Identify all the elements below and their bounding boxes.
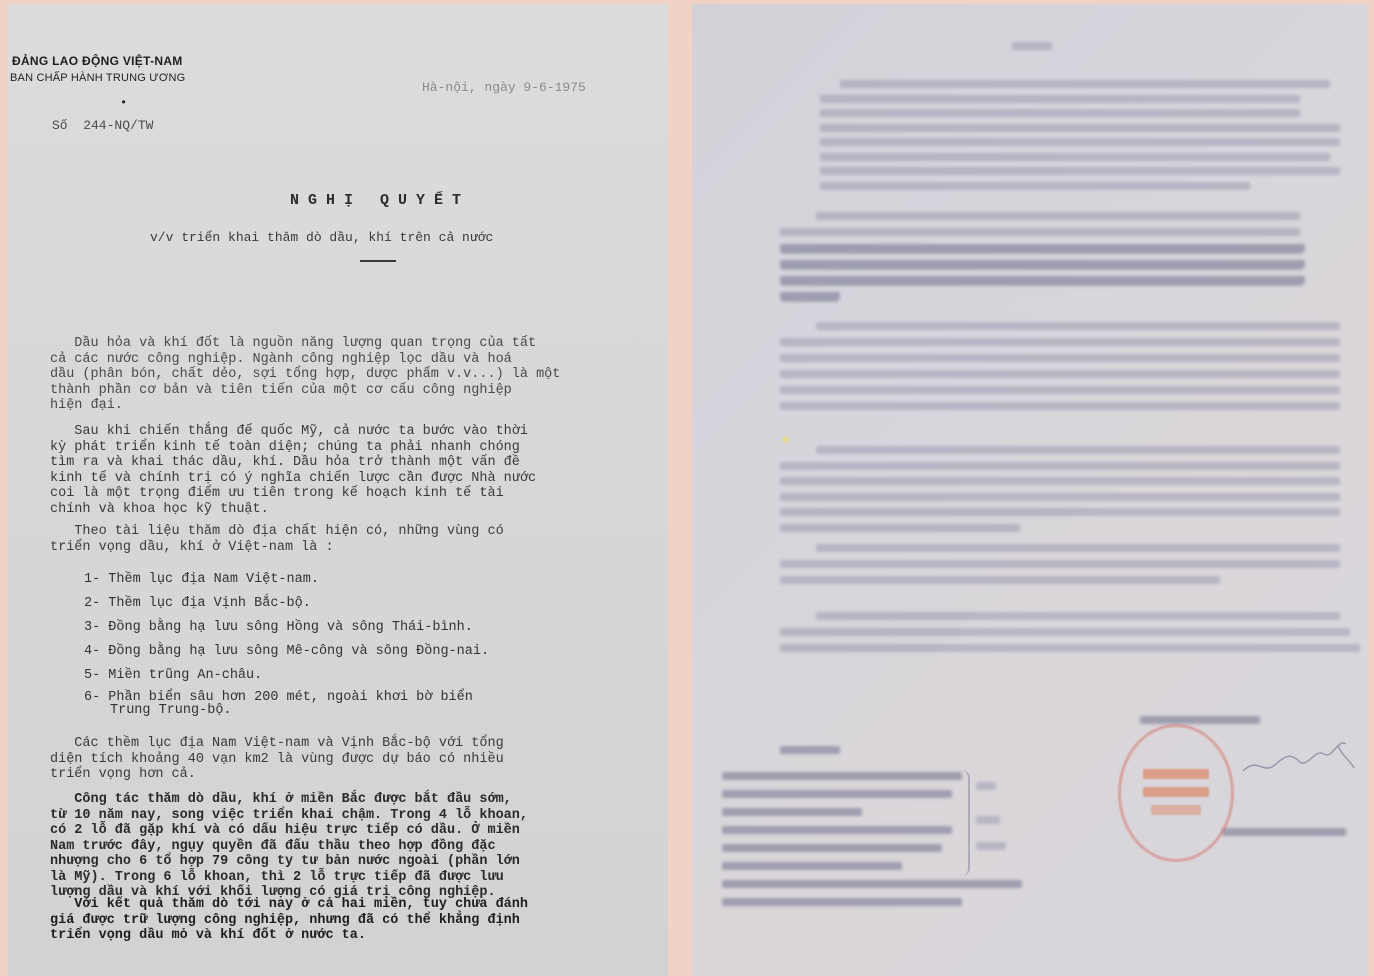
faded-text-line (780, 354, 1340, 362)
paragraph-4: Các thềm lục địa Nam Việt-nam và Vịnh Bắ… (50, 736, 504, 783)
faded-text-line (820, 95, 1300, 103)
text-line: có 2 lỗ đã gặp khí và có dấu hiệu trực t… (50, 823, 528, 839)
bullet-mark: • (120, 96, 127, 110)
signer-line (1222, 828, 1346, 836)
faded-text-line (816, 212, 1300, 220)
faded-text-line (816, 322, 1340, 330)
document-page-left: ĐẢNG LAO ĐỘNG VIỆT-NAM BAN CHẤP HÀNH TRU… (8, 4, 668, 976)
faded-text-line (780, 244, 1305, 252)
faded-text-line (780, 292, 840, 300)
document-subtitle: v/v triển khai thăm dò dầu, khí trên cả … (150, 230, 493, 245)
faded-text-line (840, 80, 1330, 88)
recipient-line (722, 790, 952, 798)
recipient-line (722, 808, 862, 816)
faded-text-line (780, 386, 1340, 394)
text-line: nhượng cho 6 tổ hợp 79 công ty tư bản nư… (50, 854, 528, 870)
text-line: Dầu hỏa và khí đốt là nguồn năng lượng q… (50, 336, 560, 352)
faded-text-line (780, 260, 1305, 268)
faded-text-line (820, 124, 1340, 132)
text-line: dầu (phân bón, chất dẻo, sợi tổng hợp, d… (50, 367, 560, 383)
text-line: kinh tế và chính trị có ý nghĩa chiến lư… (50, 471, 536, 487)
recipient-line (722, 862, 902, 870)
org-department: BAN CHẤP HÀNH TRUNG ƯƠNG (10, 72, 185, 84)
text-line: từ 10 năm nay, song việc triển khai chậm… (50, 808, 528, 824)
faded-text-line (780, 576, 1220, 584)
recipient-line (722, 772, 962, 780)
recipient-count (976, 842, 1006, 850)
recipient-line (722, 844, 942, 852)
text-line: triển vọng dầu, khí ở Việt-nam là : (50, 540, 504, 556)
document-title: NGHỊ QUYẾT (290, 192, 470, 209)
text-line: thành phần cơ bản và tiên tiến của một c… (50, 383, 560, 399)
recipient-line (722, 826, 952, 834)
faded-text-line (780, 644, 1360, 652)
list-item: 6- Phần biển sâu hơn 200 mét, ngoài khơi… (84, 688, 489, 704)
faded-text-line (780, 508, 1340, 516)
faded-text-line (816, 612, 1340, 620)
text-line: coi là một trọng điểm ưu tiên trong kế h… (50, 486, 536, 502)
text-line: chính và khoa học kỹ thuật. (50, 502, 536, 518)
signer-line (1140, 716, 1260, 724)
stamp-band (1143, 787, 1209, 797)
faded-text-line (780, 524, 1020, 532)
text-line: Theo tài liệu thăm dò địa chất hiện có, … (50, 524, 504, 540)
text-line: giá được trữ lượng công nghiệp, nhưng đã… (50, 913, 528, 929)
list-item: 4- Đồng bằng hạ lưu sông Mê-công và sông… (84, 640, 489, 664)
text-line: Công tác thăm dò dầu, khí ở miền Bắc đượ… (50, 792, 528, 808)
signature (1238, 726, 1358, 786)
paragraph-5: Công tác thăm dò dầu, khí ở miền Bắc đượ… (50, 792, 528, 901)
place-date: Hà-nội, ngày 9-6-1975 (422, 80, 586, 95)
paragraph-6: Với kết quả thăm dò tới nay ở cả hai miề… (50, 897, 528, 944)
faded-text-line (780, 228, 1300, 236)
title-divider (360, 260, 396, 262)
stamp-band (1151, 805, 1201, 815)
faded-text-line (780, 338, 1340, 346)
text-line: Với kết quả thăm dò tới nay ở cả hai miề… (50, 897, 528, 913)
faded-text-line (820, 182, 1250, 190)
text-line: cả các nước công nghiệp. Ngành công nghi… (50, 352, 560, 368)
text-line: diện tích khoảng 40 vạn km2 là vùng được… (50, 752, 504, 768)
list-item: 3- Đồng bằng hạ lưu sông Hồng và sông Th… (84, 616, 489, 640)
faded-text-line (780, 370, 1340, 378)
recipient-count (976, 816, 1000, 824)
text-line: hiện đại. (50, 398, 560, 414)
faded-text-line (820, 153, 1330, 161)
faded-text-line (780, 402, 1340, 410)
list-item: 2- Thềm lục địa Vịnh Bắc-bộ. (84, 592, 489, 616)
document-number: Số 244-NQ/TW (52, 118, 153, 133)
list-item: 1- Thềm lục địa Nam Việt-nam. (84, 568, 489, 592)
faded-text-line (816, 446, 1340, 454)
text-line: Sau khi chiến thắng đế quốc Mỹ, cả nước … (50, 424, 536, 440)
text-line: kỳ phát triển kinh tế toàn diện; chúng t… (50, 440, 536, 456)
faded-text-line (780, 477, 1340, 485)
org-name: ĐẢNG LAO ĐỘNG VIỆT-NAM (12, 54, 183, 68)
text-line: là Mỹ). Trong 6 lỗ khoan, thì 2 lỗ trực … (50, 870, 528, 886)
list-item-continuation: Trung Trung-bộ. (84, 704, 489, 720)
paragraph-3: Theo tài liệu thăm dò địa chất hiện có, … (50, 524, 504, 555)
recipient-brace (958, 770, 970, 876)
paper-stain (782, 436, 789, 443)
page-number-marker (1012, 42, 1052, 50)
regions-list: 1- Thềm lục địa Nam Việt-nam. 2- Thềm lụ… (84, 568, 489, 720)
text-line: Nam trước đây, ngụy quyền đã đấu thầu th… (50, 839, 528, 855)
faded-text-line (780, 493, 1340, 501)
text-line: triển vọng hơn cả. (50, 767, 504, 783)
faded-text-line (780, 628, 1350, 636)
faded-text-line (780, 462, 1340, 470)
list-item: 5- Miền trũng An-châu. (84, 664, 489, 688)
faded-text-line (820, 138, 1340, 146)
stamp-band (1143, 769, 1209, 779)
text-line: triển vọng dầu mỏ và khí đốt ở nước ta. (50, 928, 528, 944)
faded-text-line (820, 109, 1300, 117)
paragraph-2: Sau khi chiến thắng đế quốc Mỹ, cả nước … (50, 424, 536, 517)
recipient-line (722, 898, 962, 906)
recipient-line (780, 746, 840, 754)
official-seal-stamp (1118, 724, 1234, 862)
faded-text-line (820, 167, 1340, 175)
faded-text-line (780, 560, 1340, 568)
text-line: Các thềm lục địa Nam Việt-nam và Vịnh Bắ… (50, 736, 504, 752)
recipient-line (722, 880, 1022, 888)
paragraph-1: Dầu hỏa và khí đốt là nguồn năng lượng q… (50, 336, 560, 414)
faded-text-line (780, 276, 1305, 284)
faded-text-line (816, 544, 1340, 552)
recipient-count (976, 782, 996, 790)
text-line: tìm ra và khai thác dầu, khí. Dầu hỏa tr… (50, 455, 536, 471)
